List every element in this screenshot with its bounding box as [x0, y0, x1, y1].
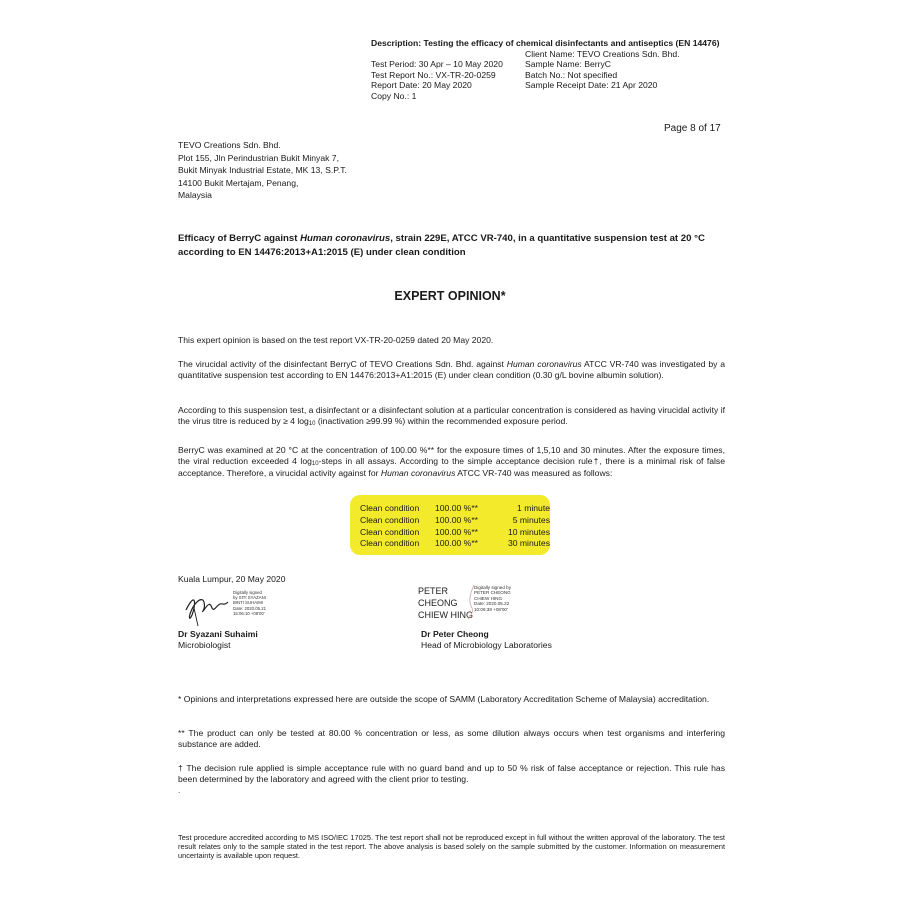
concentration-cell: 100.00 %**: [435, 503, 493, 515]
sig-name-line: CHIEW HING: [418, 609, 473, 621]
concentration-cell: 100.00 %**: [435, 527, 493, 539]
address-line: Bukit Minyak Industrial Estate, MK 13, S…: [178, 164, 347, 177]
signatory-name: Dr Peter Cheong: [421, 629, 489, 639]
title-text: Efficacy of BerryC against: [178, 233, 300, 244]
stamp-line: 10:06:38 +08'00': [474, 607, 511, 612]
virus-name: Human coronavirus: [507, 359, 582, 369]
footnote-concentration: ** The product can only be tested at 80.…: [178, 728, 725, 751]
text: ATCC VR-740 was measured as follows:: [455, 468, 612, 478]
address-line: TEVO Creations Sdn. Bhd.: [178, 139, 347, 152]
header-description: Description: Testing the efficacy of che…: [371, 38, 719, 49]
stray-dot: .: [178, 786, 180, 795]
results-row: Clean condition100.00 %**1 minute: [350, 503, 550, 515]
test-period: Test Period: 30 Apr – 10 May 2020: [371, 59, 525, 70]
text: (inactivation ≥99.99 %) within the recom…: [316, 416, 568, 426]
header-left-column: Test Period: 30 Apr – 10 May 2020 Test R…: [371, 49, 525, 102]
page-number: Page 8 of 17: [664, 123, 721, 134]
condition-cell: Clean condition: [350, 515, 435, 527]
sig-name-line: PETER: [418, 585, 473, 597]
results-row: Clean condition100.00 %**5 minutes: [350, 515, 550, 527]
place-date: Kuala Lumpur, 20 May 2020: [178, 574, 286, 584]
test-report-no: Test Report No.: VX-TR-20-0259: [371, 70, 525, 81]
results-row: Clean condition100.00 %**30 minutes: [350, 538, 550, 550]
subscript: 10: [312, 461, 319, 467]
stamp-line: Date: 2020.05.22: [474, 601, 511, 606]
condition-cell: Clean condition: [350, 538, 435, 550]
sig-name-line: CHEONG: [418, 597, 473, 609]
section-heading: EXPERT OPINION*: [0, 289, 900, 303]
copy-no: Copy No.: 1: [371, 91, 525, 102]
footnote-decision-rule: † The decision rule applied is simple ac…: [178, 763, 725, 786]
condition-cell: Clean condition: [350, 503, 435, 515]
stamp-line: BINTI SUHAIMI: [233, 600, 266, 605]
sample-receipt-date: Sample Receipt Date: 21 Apr 2020: [525, 80, 680, 91]
paragraph-activity: The virucidal activity of the disinfecta…: [178, 359, 725, 382]
concentration-cell: 100.00 %**: [435, 538, 493, 550]
exposure-time-cell: 5 minutes: [493, 515, 550, 527]
recipient-address: TEVO Creations Sdn. Bhd. Plot 155, Jln P…: [178, 139, 347, 202]
signatory-role: Microbiologist: [178, 640, 231, 650]
results-row: Clean condition100.00 %**10 minutes: [350, 527, 550, 539]
sample-name: Sample Name: BerryC: [525, 59, 680, 70]
batch-no: Batch No.: Not specified: [525, 70, 680, 81]
signatory-role: Head of Microbiology Laboratories: [421, 640, 552, 650]
results-table: Clean condition100.00 %**1 minuteClean c…: [350, 495, 550, 555]
exposure-time-cell: 30 minutes: [493, 538, 550, 550]
digital-signature-stamp: Digitally signed by SITI SYAZANI BINTI S…: [233, 590, 266, 616]
condition-cell: Clean condition: [350, 527, 435, 539]
concentration-cell: 100.00 %**: [435, 515, 493, 527]
signatory-name: Dr Syazani Suhaimi: [178, 629, 258, 639]
address-line: Malaysia: [178, 189, 347, 202]
exposure-time-cell: 1 minute: [493, 503, 550, 515]
address-line: Plot 155, Jln Perindustrian Bukit Minyak…: [178, 152, 347, 165]
subscript: 10: [309, 421, 316, 427]
signature-name-block: PETER CHEONG CHIEW HING: [418, 585, 473, 621]
paragraph-results: BerryC was examined at 20 °C at the conc…: [178, 445, 725, 479]
footnote-scope: * Opinions and interpretations expressed…: [178, 694, 725, 705]
virus-name: Human coronavirus: [381, 468, 456, 478]
paragraph-basis: This expert opinion is based on the test…: [178, 335, 725, 346]
report-header: Description: Testing the efficacy of che…: [371, 38, 719, 102]
title-virus-name: Human coronavirus: [300, 233, 390, 244]
text: The virucidal activity of the disinfecta…: [178, 359, 507, 369]
header-right-column: Client Name: TEVO Creations Sdn. Bhd. Sa…: [525, 49, 680, 102]
document-title: Efficacy of BerryC against Human coronav…: [178, 232, 730, 259]
paragraph-criteria: According to this suspension test, a dis…: [178, 405, 725, 428]
report-date: Report Date: 20 May 2020: [371, 80, 525, 91]
address-line: 14100 Bukit Mertajam, Penang,: [178, 177, 347, 190]
client-name: Client Name: TEVO Creations Sdn. Bhd.: [525, 49, 680, 60]
page-footer: Test procedure accredited according to M…: [178, 833, 725, 861]
exposure-time-cell: 10 minutes: [493, 527, 550, 539]
stamp-line: 15:06:10 +08'00': [233, 611, 266, 616]
digital-signature-stamp: Digitally signed by PETER CHEONG CHIEW H…: [474, 585, 511, 612]
